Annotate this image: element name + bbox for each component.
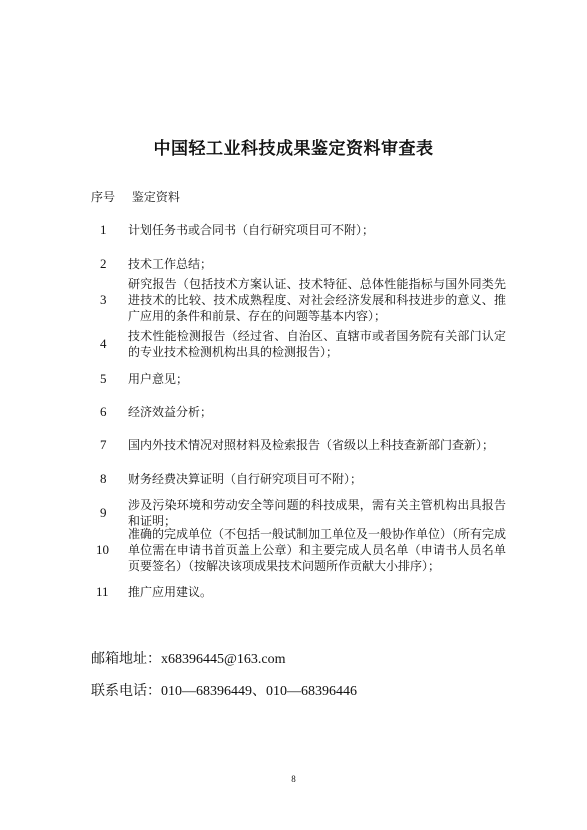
item-number: 1 xyxy=(91,222,128,238)
list-item: 4 技术性能检测报告（经过省、自治区、直辖市或者国务院有关部门认定的专业技术检测… xyxy=(91,328,506,360)
item-text: 国内外技术情况对照材料及检索报告（省级以上科技查新部门查新）； xyxy=(128,437,506,453)
item-text: 涉及污染环境和劳动安全等问题的科技成果，需有关主管机构出具报告和证明； xyxy=(128,497,506,529)
header-material: 鉴定资料 xyxy=(132,190,180,204)
item-number: 5 xyxy=(91,371,128,387)
list-item: 2 技术工作总结； xyxy=(91,256,506,272)
list-item: 9 涉及污染环境和劳动安全等问题的科技成果，需有关主管机构出具报告和证明； xyxy=(91,497,506,529)
item-text: 技术工作总结； xyxy=(128,256,506,272)
phone-line: 联系电话：010—68396449、010—68396446 xyxy=(91,680,357,700)
item-number: 2 xyxy=(91,256,128,272)
item-number: 3 xyxy=(91,292,128,308)
list-item: 11 推广应用建议。 xyxy=(91,584,506,600)
item-text: 经济效益分析； xyxy=(128,404,506,420)
item-text: 技术性能检测报告（经过省、自治区、直辖市或者国务院有关部门认定的专业技术检测机构… xyxy=(128,328,506,360)
header-number: 序号 xyxy=(91,188,128,205)
item-text: 准确的完成单位（不包括一般试制加工单位及一般协作单位）（所有完成单位需在申请书首… xyxy=(128,526,506,574)
list-item: 8 财务经费决算证明（自行研究项目可不附）； xyxy=(91,471,506,487)
email-line: 邮箱地址：x68396445@163.com xyxy=(91,648,286,668)
item-number: 9 xyxy=(91,505,128,521)
item-number: 10 xyxy=(91,542,128,558)
item-text: 用户意见； xyxy=(128,371,506,387)
item-text: 财务经费决算证明（自行研究项目可不附）； xyxy=(128,471,506,487)
table-header: 序号 鉴定资料 xyxy=(91,188,180,205)
page-number: 8 xyxy=(0,774,587,784)
list-item: 7 国内外技术情况对照材料及检索报告（省级以上科技查新部门查新）； xyxy=(91,437,506,453)
item-text: 推广应用建议。 xyxy=(128,584,506,600)
list-item: 10 准确的完成单位（不包括一般试制加工单位及一般协作单位）（所有完成单位需在申… xyxy=(91,526,506,574)
list-item: 3 研究报告（包括技术方案认证、技术特征、总体性能指标与国外同类先进技术的比较、… xyxy=(91,276,506,324)
list-item: 1 计划任务书或合同书（自行研究项目可不附）； xyxy=(91,222,506,238)
item-number: 7 xyxy=(91,437,128,453)
document-title: 中国轻工业科技成果鉴定资料审查表 xyxy=(0,134,587,159)
list-item: 5 用户意见； xyxy=(91,371,506,387)
item-number: 6 xyxy=(91,404,128,420)
item-number: 11 xyxy=(91,584,128,600)
list-item: 6 经济效益分析； xyxy=(91,404,506,420)
item-text: 计划任务书或合同书（自行研究项目可不附）； xyxy=(128,222,506,238)
item-number: 4 xyxy=(91,336,128,352)
item-text: 研究报告（包括技术方案认证、技术特征、总体性能指标与国外同类先进技术的比较、技术… xyxy=(128,276,506,324)
item-number: 8 xyxy=(91,471,128,487)
